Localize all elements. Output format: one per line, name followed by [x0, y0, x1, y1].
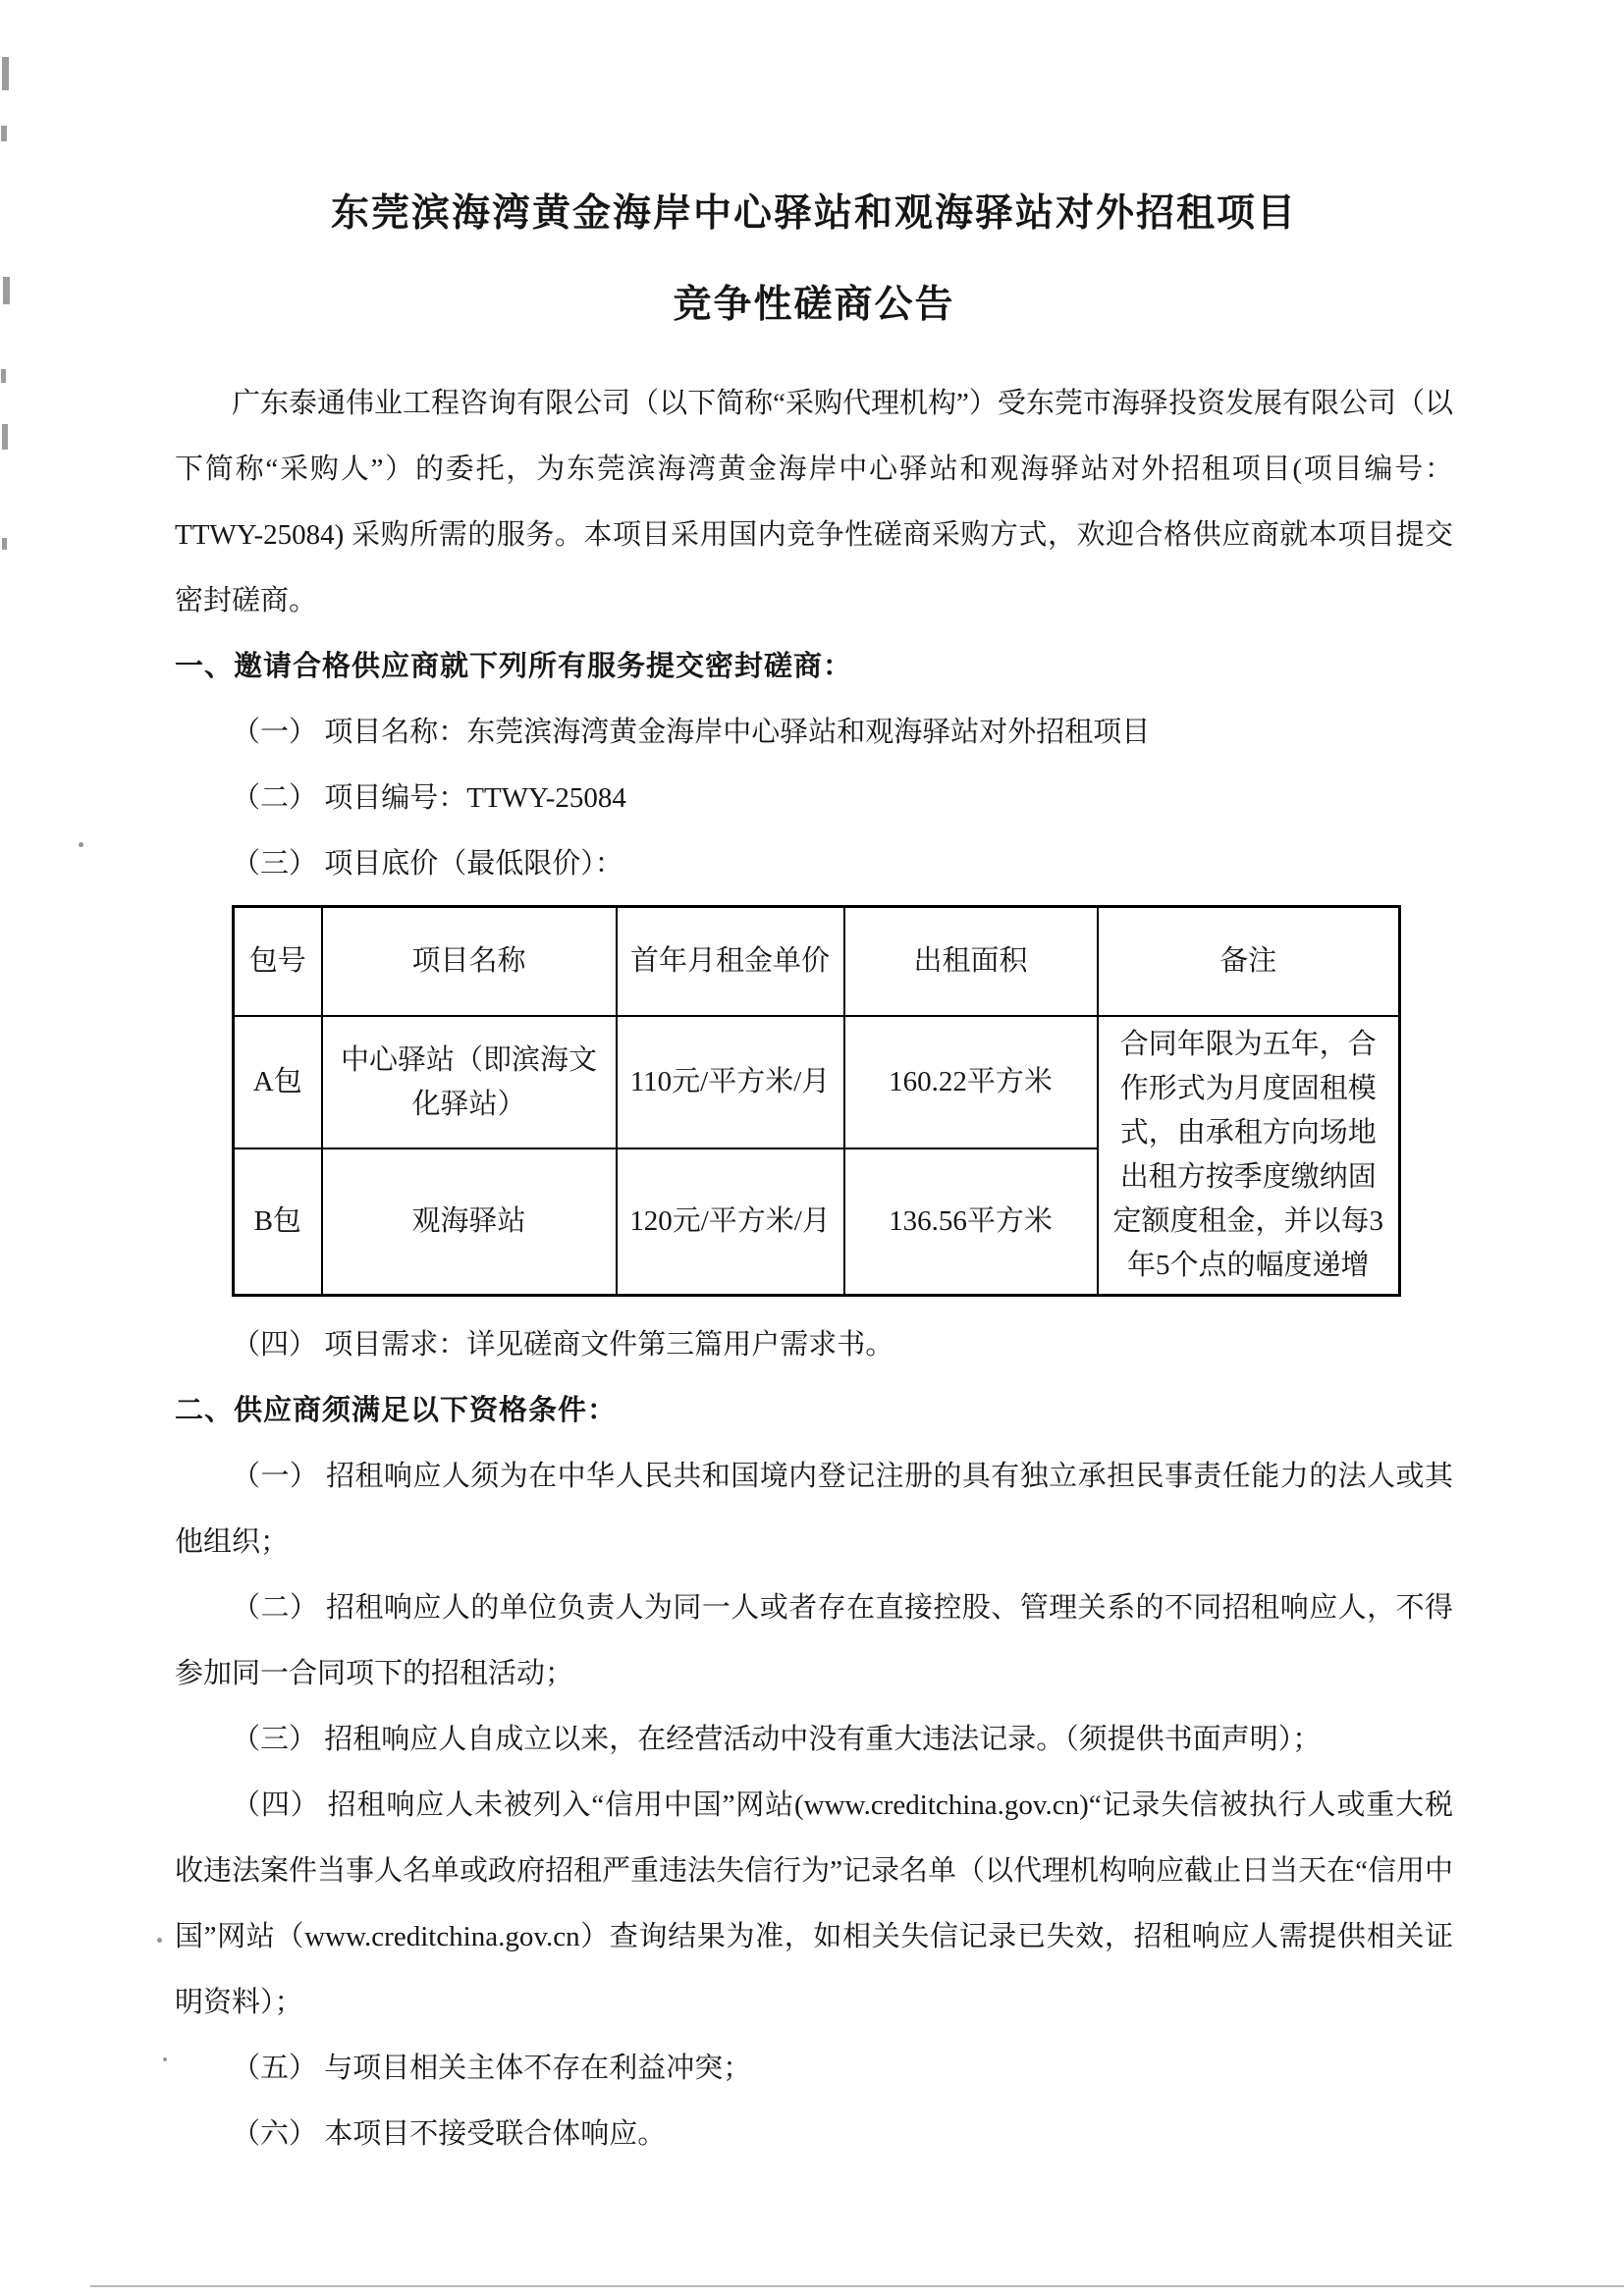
- cell-area-b: 136.56平方米: [844, 1148, 1098, 1295]
- col-header-rent: 首年月租金单价: [617, 906, 844, 1016]
- section1-item-requirements: （四） 项目需求：详见磋商文件第三篇用户需求书。: [175, 1312, 1453, 1378]
- scan-artifact: [2, 538, 7, 550]
- section2-item-1: （一） 招租响应人须为在中华人民共和国境内登记注册的具有独立承担民事责任能力的法…: [175, 1444, 1453, 1575]
- cell-rent-b: 120元/平方米/月: [617, 1148, 844, 1295]
- cell-pkg-a: A包: [234, 1016, 322, 1148]
- section2-item-3: （三） 招租响应人自成立以来，在经营活动中没有重大违法记录。（须提供书面声明）；: [175, 1707, 1453, 1773]
- intro-paragraph: 广东泰通伟业工程咨询有限公司（以下简称“采购代理机构”）受东莞市海驿投资发展有限…: [175, 371, 1453, 634]
- document-title-line1: 东莞滨海湾黄金海岸中心驿站和观海驿站对外招租项目: [175, 192, 1453, 237]
- cell-pkg-b: B包: [234, 1148, 322, 1295]
- section2-item-5: （五） 与项目相关主体不存在利益冲突；: [175, 2036, 1453, 2102]
- section2-item-2: （二） 招租响应人的单位负责人为同一人或者存在直接控股、管理关系的不同招租响应人…: [175, 1575, 1453, 1707]
- scan-artifact: [163, 2057, 167, 2061]
- document-title-line2: 竞争性磋商公告: [175, 284, 1453, 328]
- scan-artifact: [2, 424, 8, 450]
- section2-item-6: （六） 本项目不接受联合体响应。: [175, 2102, 1453, 2167]
- document-content: 东莞滨海湾黄金海岸中心驿站和观海驿站对外招租项目 竞争性磋商公告 广东泰通伟业工…: [175, 0, 1453, 2167]
- cell-rent-a: 110元/平方米/月: [617, 1016, 844, 1148]
- section1-item-project-number: （二） 项目编号：TTWY-25084: [175, 766, 1453, 831]
- col-header-remark: 备注: [1098, 906, 1400, 1016]
- scan-artifact: [79, 842, 83, 847]
- section1-item-project-name: （一） 项目名称：东莞滨海湾黄金海岸中心驿站和观海驿站对外招租项目: [175, 700, 1453, 766]
- section2-item-4: （四） 招租响应人未被列入“信用中国”网站(www.creditchina.go…: [175, 1773, 1453, 2036]
- cell-area-a: 160.22平方米: [844, 1016, 1098, 1148]
- col-header-name: 项目名称: [322, 906, 617, 1016]
- price-table-header-row: 包号 项目名称 首年月租金单价 出租面积 备注: [234, 906, 1400, 1016]
- cell-name-b: 观海驿站: [322, 1148, 617, 1295]
- document-page: 东莞滨海湾黄金海岸中心驿站和观海驿站对外招租项目 竞争性磋商公告 广东泰通伟业工…: [0, 0, 1624, 2296]
- price-table: 包号 项目名称 首年月租金单价 出租面积 备注 A包 中心驿站（即滨海文化驿站）…: [232, 905, 1401, 1297]
- scan-artifact: [3, 277, 10, 304]
- scan-artifact: [1, 369, 6, 383]
- col-header-package: 包号: [234, 906, 322, 1016]
- col-header-area: 出租面积: [844, 906, 1098, 1016]
- scan-artifact-bottom-line: [90, 2285, 1624, 2287]
- section2-heading: 二、供应商须满足以下资格条件：: [175, 1378, 1453, 1444]
- section1-item-floor-price: （三） 项目底价（最低限价）：: [175, 831, 1453, 897]
- table-row-package-a: A包 中心驿站（即滨海文化驿站） 110元/平方米/月 160.22平方米 合同…: [234, 1016, 1400, 1148]
- scan-artifact: [1, 126, 7, 141]
- section1-heading: 一、邀请合格供应商就下列所有服务提交密封磋商：: [175, 634, 1453, 700]
- scan-artifact: [157, 1938, 162, 1943]
- scan-artifact: [2, 57, 9, 90]
- cell-name-a: 中心驿站（即滨海文化驿站）: [322, 1016, 617, 1148]
- cell-remark: 合同年限为五年，合作形式为月度固租模式，由承租方向场地出租方按季度缴纳固定额度租…: [1098, 1016, 1400, 1295]
